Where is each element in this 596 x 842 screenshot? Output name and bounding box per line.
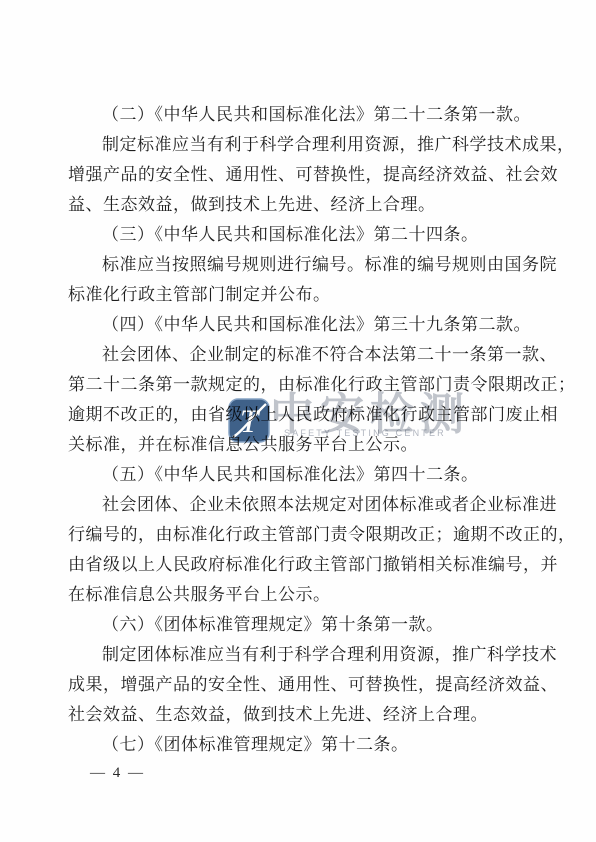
document-body: （二）《中华人民共和国标准化法》第二十二条第一款。 制定标准应当有利于科学合理利… [68, 100, 534, 760]
body-line: 标准化行政主管部门制定并公布。 [68, 280, 534, 310]
section-heading: （二）《中华人民共和国标准化法》第二十二条第一款。 [68, 100, 534, 130]
body-line: 成果，增强产品的安全性、通用性、可替换性，提高经济效益、 [68, 670, 534, 700]
section-heading: （三）《中华人民共和国标准化法》第二十四条。 [68, 220, 534, 250]
body-line: 第二十二条第一款规定的，由标准化行政主管部门责令限期改正； [68, 370, 534, 400]
body-line: 关标准，并在标准信息公共服务平台上公示。 [68, 430, 534, 460]
section-heading: （五）《中华人民共和国标准化法》第四十二条。 [68, 460, 534, 490]
section-heading: （四）《中华人民共和国标准化法》第三十九条第二款。 [68, 310, 534, 340]
body-line: 增强产品的安全性、通用性、可替换性，提高经济效益、社会效 [68, 160, 534, 190]
body-line: 由省级以上人民政府标准化行政主管部门撤销相关标准编号，并 [68, 550, 534, 580]
section-heading: （七）《团体标准管理规定》第十二条。 [68, 730, 534, 760]
body-line: 制定团体标准应当有利于科学合理利用资源，推广科学技术 [68, 640, 534, 670]
body-line: 标准应当按照编号规则进行编号。标准的编号规则由国务院 [68, 250, 534, 280]
page-number: — 4 — [90, 762, 145, 784]
body-line: 制定标准应当有利于科学合理利用资源，推广科学技术成果， [68, 130, 534, 160]
body-line: 逾期不改正的，由省级以上人民政府标准化行政主管部门废止相 [68, 400, 534, 430]
body-line: 在标准信息公共服务平台上公示。 [68, 580, 534, 610]
body-line: 益、生态效益，做到技术上先进、经济上合理。 [68, 190, 534, 220]
body-line: 行编号的，由标准化行政主管部门责令限期改正；逾期不改正的， [68, 520, 534, 550]
section-heading: （六）《团体标准管理规定》第十条第一款。 [68, 610, 534, 640]
body-line: 社会团体、企业制定的标准不符合本法第二十一条第一款、 [68, 340, 534, 370]
body-line: 社会团体、企业未依照本法规定对团体标准或者企业标准进 [68, 490, 534, 520]
body-line: 社会效益、生态效益，做到技术上先进、经济上合理。 [68, 700, 534, 730]
document-page: （二）《中华人民共和国标准化法》第二十二条第一款。 制定标准应当有利于科学合理利… [0, 0, 596, 842]
